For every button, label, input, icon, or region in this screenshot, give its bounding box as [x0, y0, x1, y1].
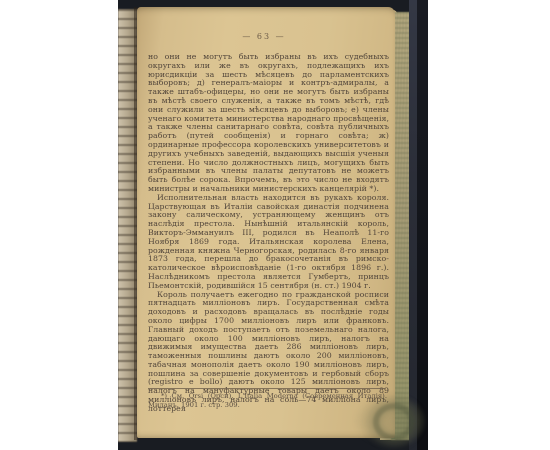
ink-stamp — [373, 403, 415, 441]
paragraph: но они не могутъ быть избраны въ ихъ суд… — [148, 53, 389, 194]
book-photo: — 63 — но они не могутъ быть избраны въ … — [118, 0, 428, 450]
book-page: — 63 — но они не могутъ быть избраны въ … — [137, 7, 395, 438]
footnote: *) См. Orsi (Орси). L'Italia Moderna (Со… — [148, 392, 387, 409]
book-cover-edge — [409, 0, 417, 450]
screenshot-canvas: — 63 — но они не могутъ быть избраны въ … — [0, 0, 550, 450]
page-body-text: но они не могутъ быть избраны въ ихъ суд… — [148, 53, 389, 414]
footnote-text: *) См. Orsi (Орси). L'Italia Moderna (Со… — [148, 392, 387, 409]
photo-dark-background — [417, 0, 428, 450]
paragraph: Исполнительная власть находится въ руках… — [148, 194, 389, 291]
page-number: — 63 — — [137, 32, 391, 41]
footnote-divider — [148, 388, 385, 389]
